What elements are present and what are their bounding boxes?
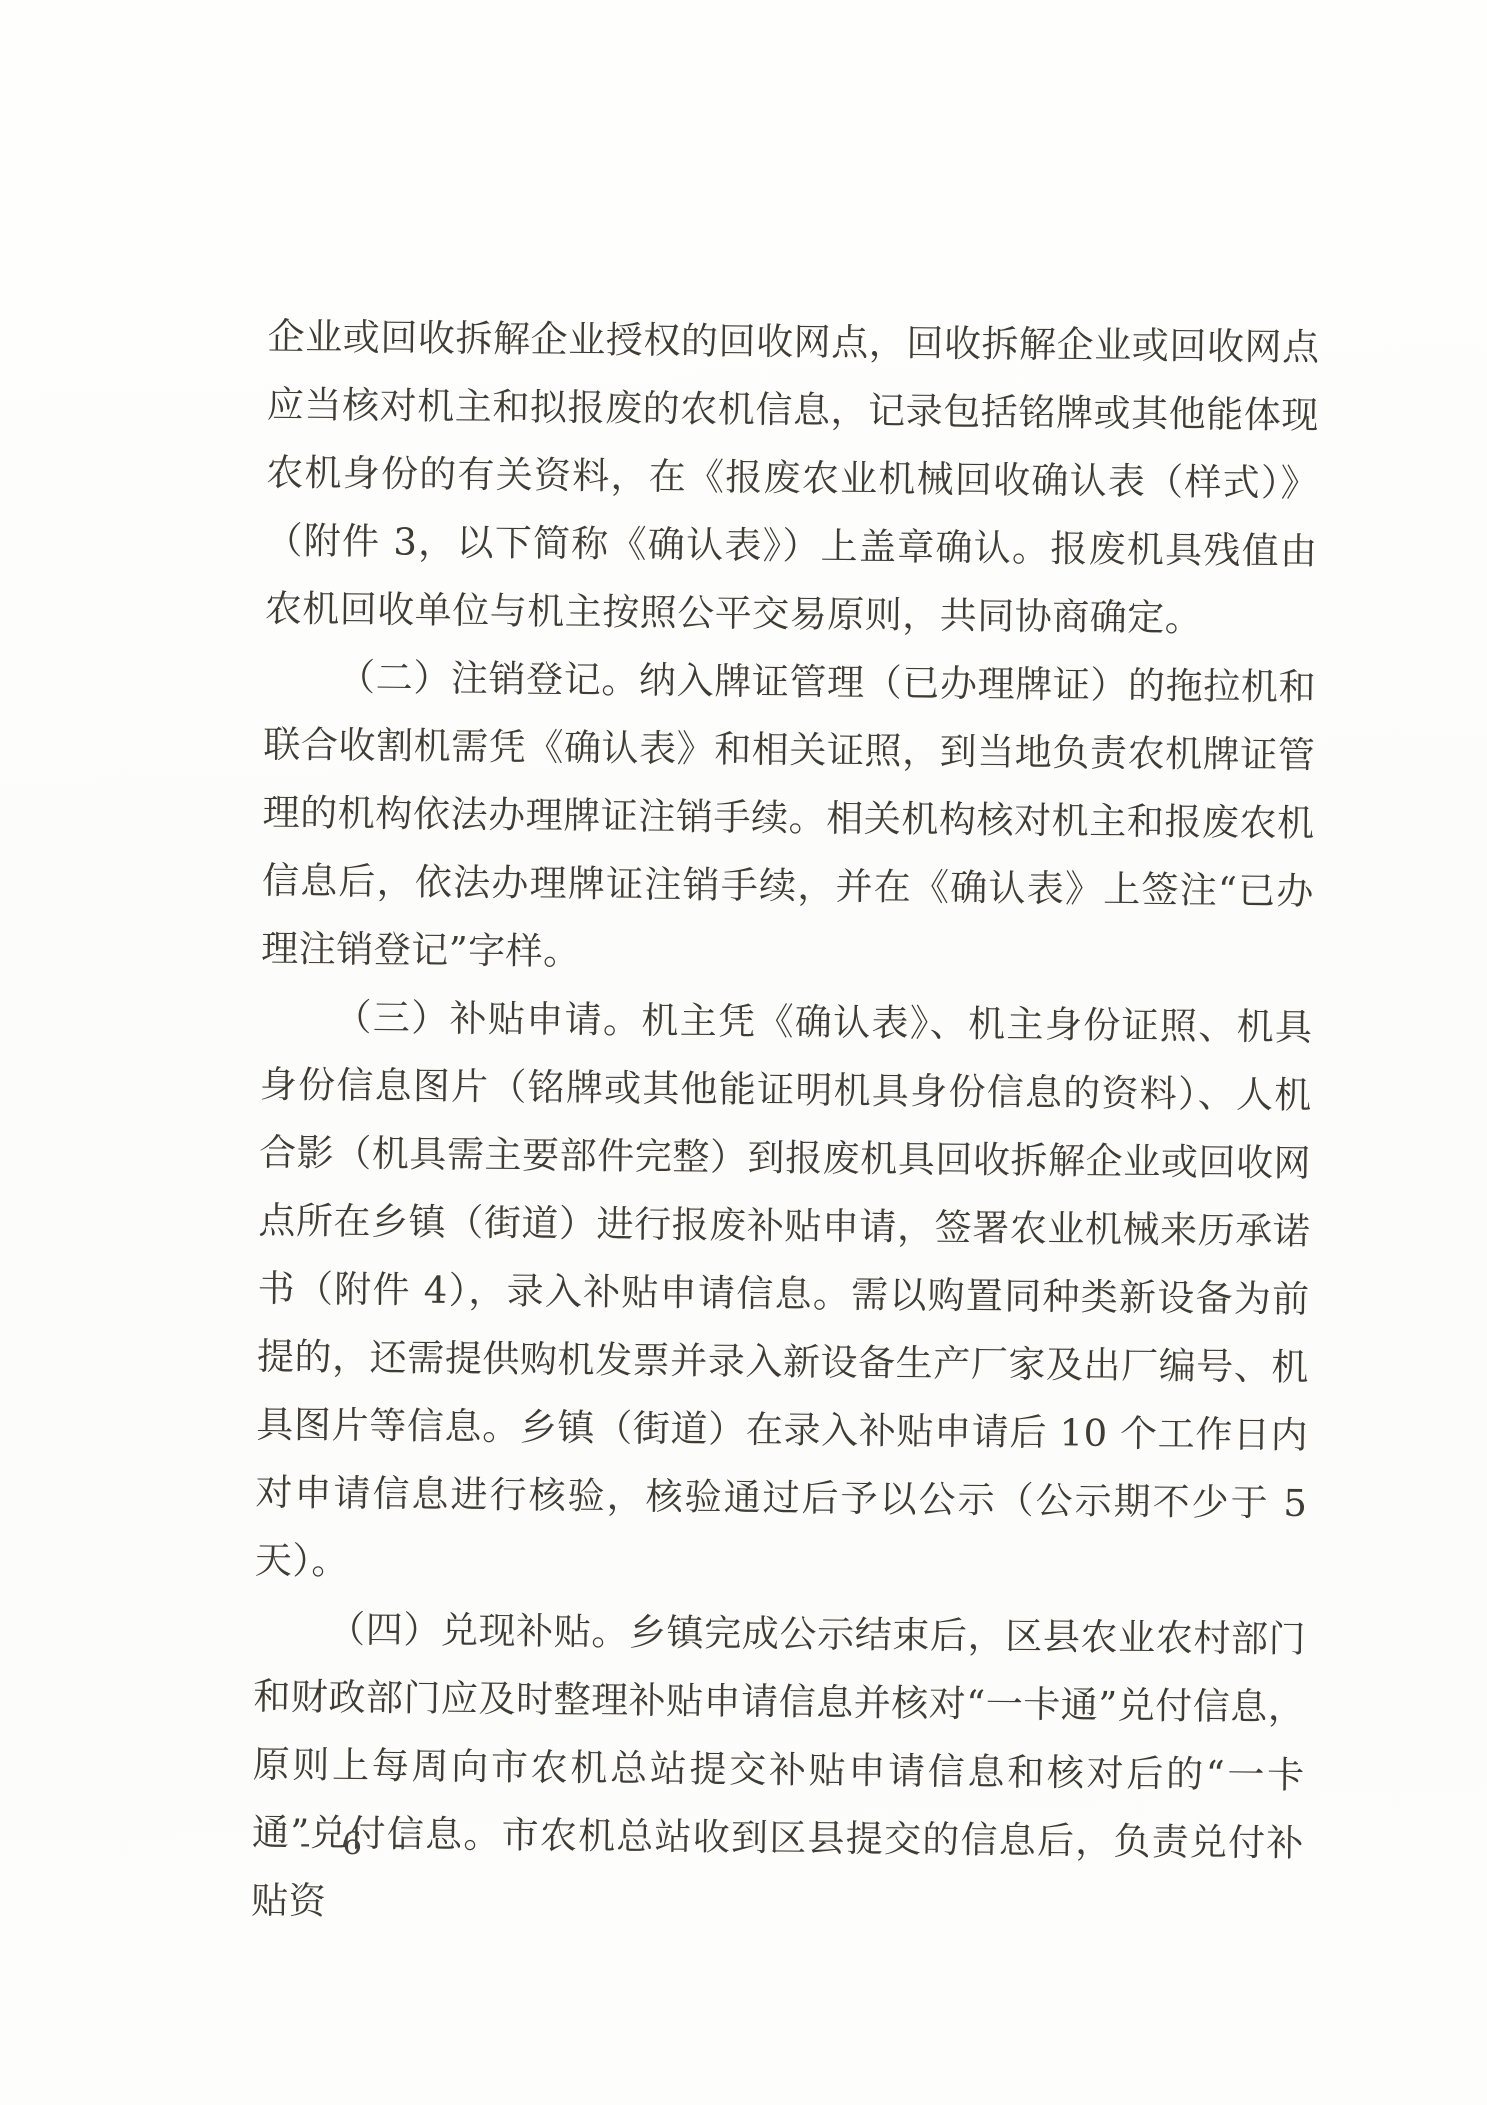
document-page: 企业或回收拆解企业授权的回收网点，回收拆解企业或回收网点应当核对机主和拟报废的农…	[0, 0, 1487, 2105]
paragraph-subsidy-application: （三）补贴申请。机主凭《确认表》、机主身份证照、机具身份信息图片（铭牌或其他能证…	[254, 983, 1312, 1606]
paragraph-deregistration: （二）注销登记。纳入牌证管理（已办理牌证）的拖拉机和联合收割机需凭《确认表》和相…	[261, 643, 1317, 994]
paragraph-subsidy-payment: （四）兑现补贴。乡镇完成公示结束后，区县农业农村部门和财政部门应及时整理补贴申请…	[251, 1595, 1307, 1946]
page-number: - 6 -	[300, 1826, 416, 1863]
paragraph-recycle-confirmation: 企业或回收拆解企业授权的回收网点，回收拆解企业或回收网点应当核对机主和拟报废的农…	[264, 303, 1320, 654]
document-body-text: 企业或回收拆解企业授权的回收网点，回收拆解企业或回收网点应当核对机主和拟报废的农…	[251, 303, 1320, 1946]
